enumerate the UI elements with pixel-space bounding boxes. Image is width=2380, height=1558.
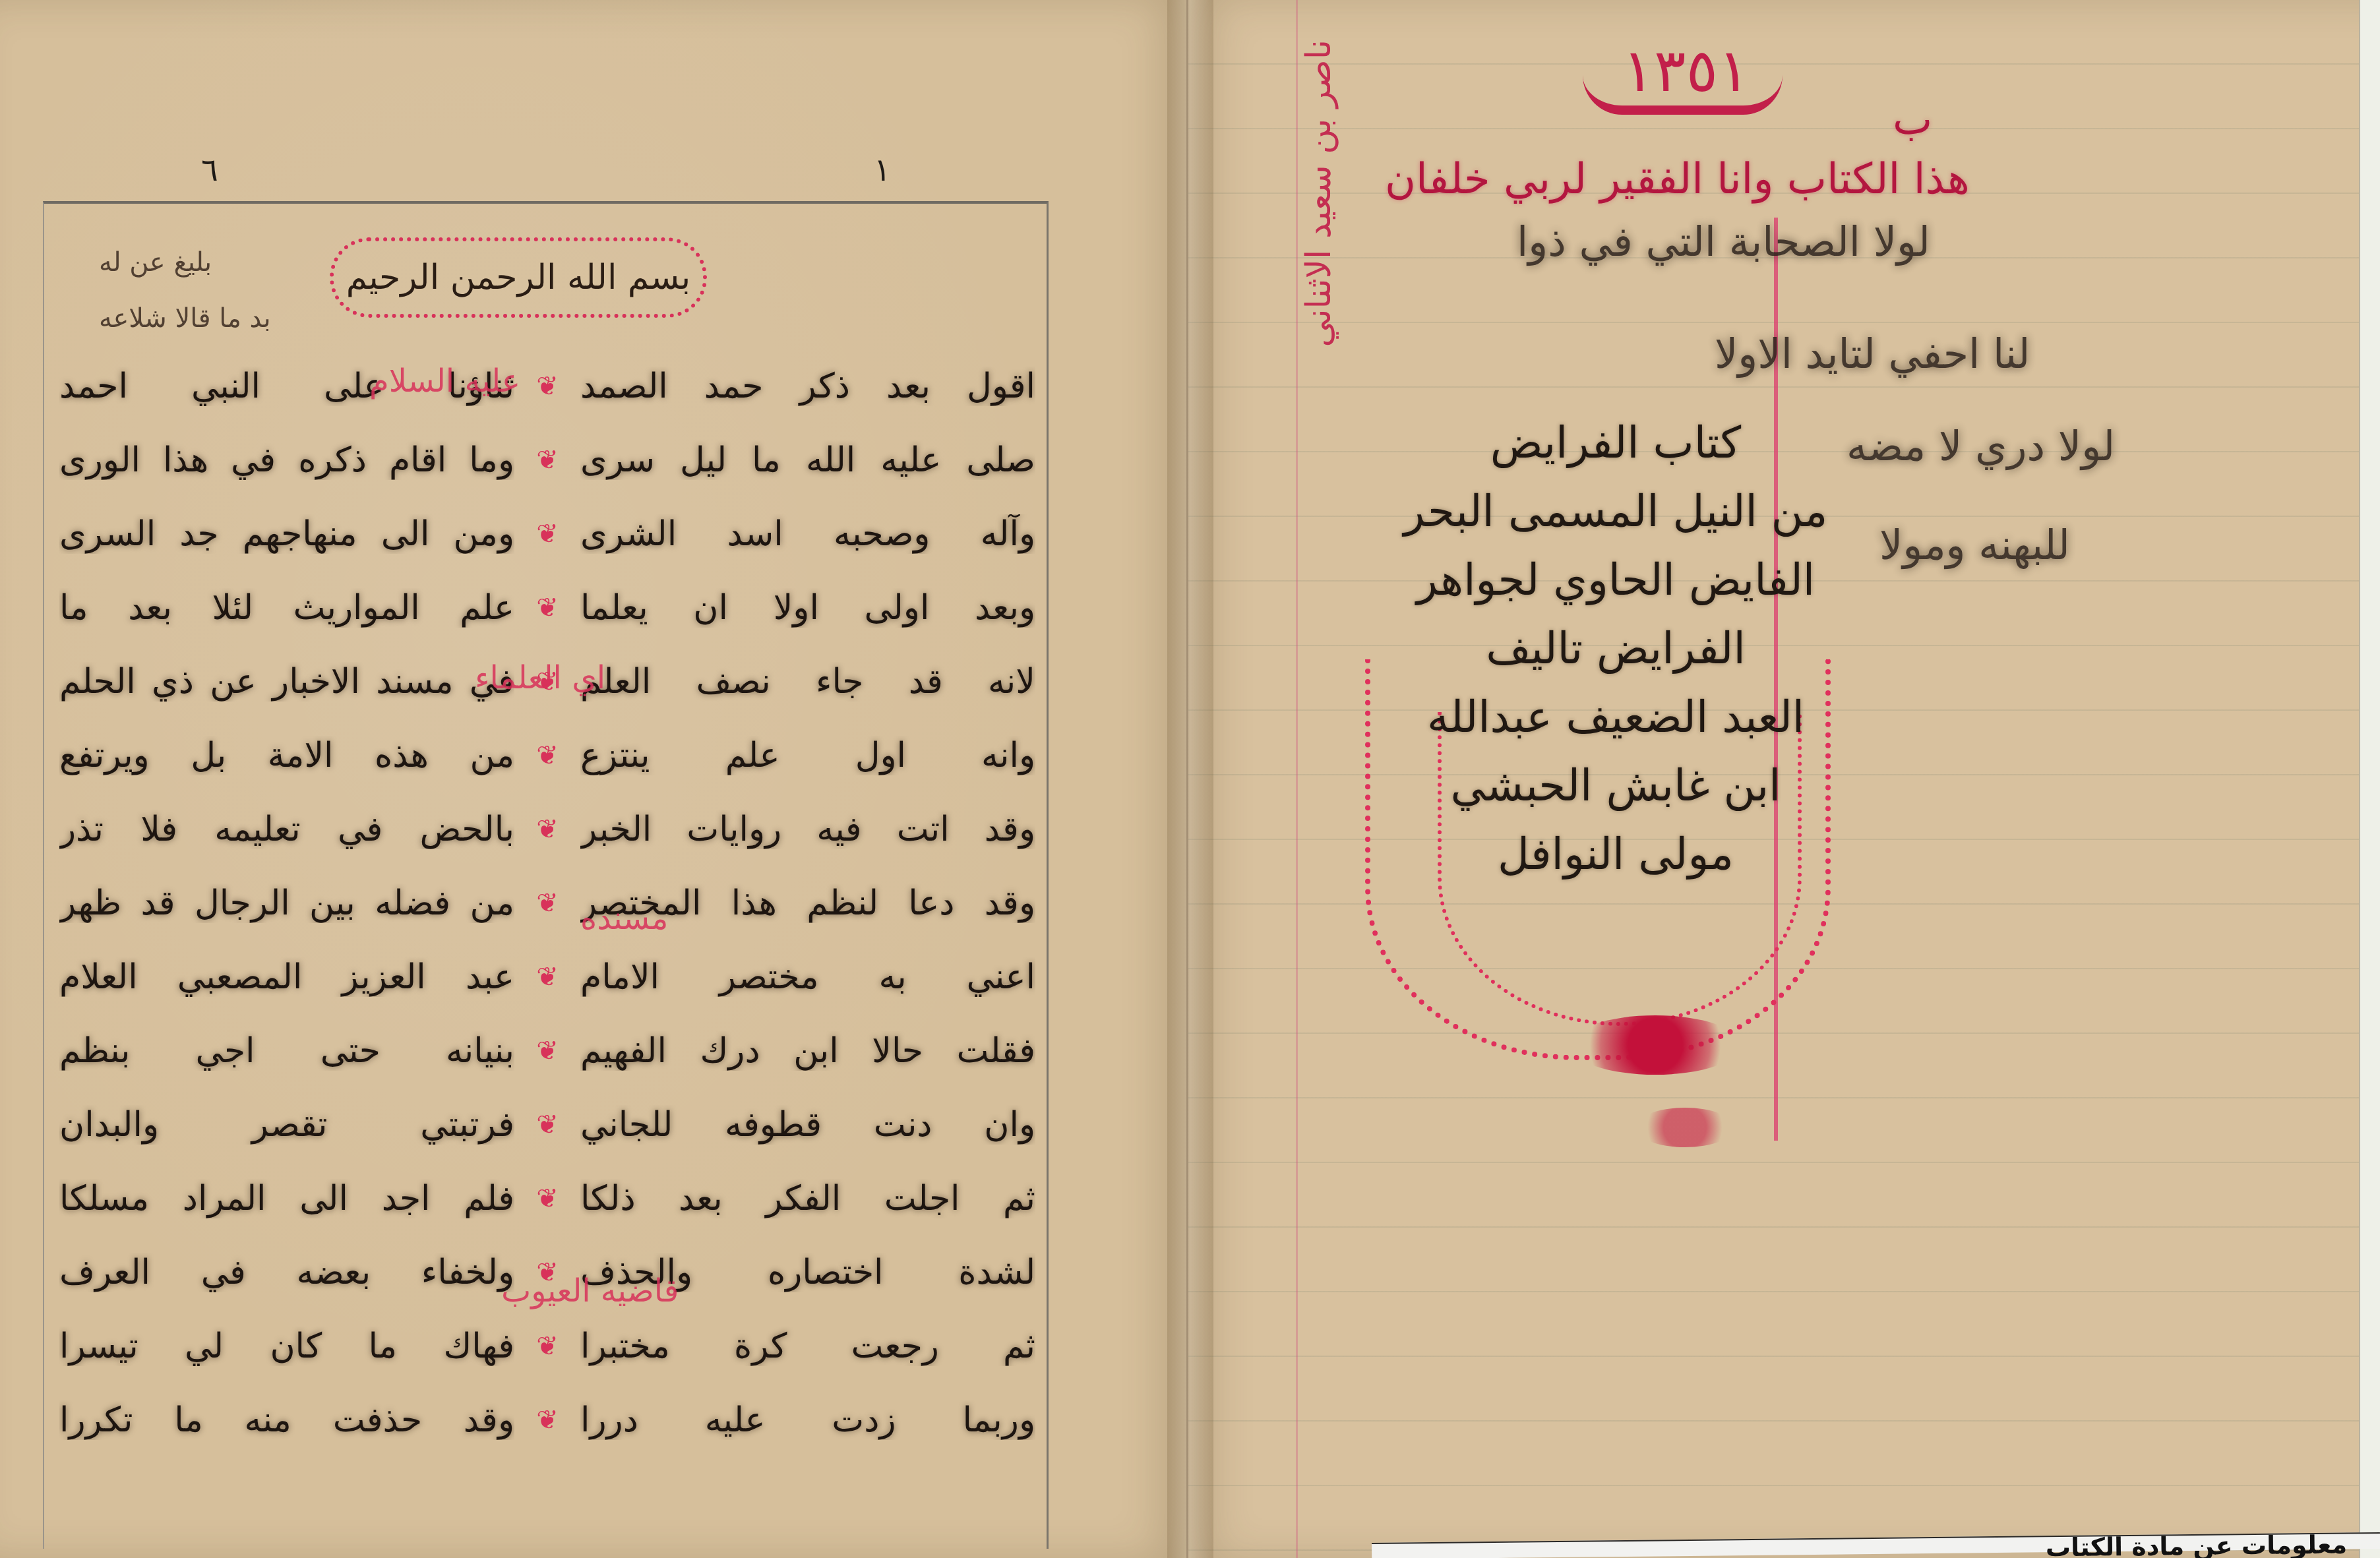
verse-separator-icon: ❦ xyxy=(514,1110,580,1140)
verse-separator-icon: ❦ xyxy=(514,814,580,845)
hemistich-right: لانه قد جاء نصف العلم xyxy=(580,662,1035,702)
red-gloss: عليه السلام xyxy=(369,363,520,400)
verse-separator-icon: ❦ xyxy=(514,371,580,402)
red-ink-ornament xyxy=(1635,1108,1734,1147)
page-number: ٦ xyxy=(201,152,218,189)
title-line: كتاب الفرايض xyxy=(1352,409,1879,477)
verse-separator-icon: ❦ xyxy=(514,1183,580,1214)
hemistich-left: بنيانه حتى اجي بنظم xyxy=(59,1031,514,1071)
verse-row: اقول بعد ذكر حمد الصمد❦ثناؤنا على النبي … xyxy=(59,349,1035,423)
hemistich-right: ثم اجلت الفكر بعد ذلكا xyxy=(580,1179,1035,1218)
verse-row: وربما زدت عليه دررا❦وقد حذفت منه ما تكرر… xyxy=(59,1383,1035,1457)
verse-separator-icon: ❦ xyxy=(514,519,580,549)
verse-row: وبعد اولى اولا ان يعلما❦علم المواريث لئل… xyxy=(59,571,1035,645)
side-ownership-note: ناصر بن سعيد الاثناني xyxy=(1299,40,1398,347)
ownership-note: هذا الكتاب وانا الفقير لربي خلفان xyxy=(1385,155,1970,204)
shelfmark-prefix: ب xyxy=(1893,96,1932,144)
verse-row: وانه اول علم ينتزع❦من هذه الامة بل ويرتف… xyxy=(59,719,1035,793)
hemistich-left: بالحض في تعليمه فلا تذر xyxy=(59,810,514,849)
verse-row: وآله وصحبه اسد الشرى❦ومن الى منهاجهم جد … xyxy=(59,497,1035,571)
hemistich-left: وما اقام ذكره في هذا الورى xyxy=(59,440,514,480)
title-line: ابن غابش الحبشي xyxy=(1352,752,1879,820)
hemistich-left: ومن الى منهاجهم جد السرى xyxy=(59,514,514,554)
title-line: الفايض الحاوي لجواهر xyxy=(1352,546,1879,614)
shelfmark-number: ١٣٥١ xyxy=(1583,36,1783,115)
hemistich-left: وقد حذفت منه ما تكررا xyxy=(59,1400,514,1440)
bleedthrough-text: لولا الصحابة التي في ذوا xyxy=(1517,218,1930,266)
verse-row: وقد دعا لنظم هذا المختصر❦من فضله بين الر… xyxy=(59,866,1035,940)
red-gloss: قاضيه العيوب xyxy=(501,1273,679,1309)
catalog-label-text: معلومات عن مادة الكتاب xyxy=(2046,1530,2348,1558)
hemistich-right: وربما زدت عليه دررا xyxy=(580,1400,1035,1440)
verse-row: فقلت حالا ابن درك الفهيم❦بنيانه حتى اجي … xyxy=(59,1014,1035,1088)
margin-note: بليغ عن له xyxy=(99,247,212,278)
hemistich-left: علم المواريث لئلا بعد ما xyxy=(59,588,514,628)
hemistich-right: وبعد اولى اولا ان يعلما xyxy=(580,588,1035,628)
verse-row: صلى عليه الله ما ليل سرى❦وما اقام ذكره ف… xyxy=(59,423,1035,497)
bleedthrough-text: لنا احفي لتايد الاولا xyxy=(1715,330,2030,378)
basmala-cartouche: بسم الله الرحمن الرحيم xyxy=(330,237,707,318)
title-line: من النيل المسمى البحر xyxy=(1352,477,1879,546)
title-line: مولى النوافل xyxy=(1352,820,1879,889)
hemistich-left: عبد العزيز المصعبي العلام xyxy=(59,957,514,997)
hemistich-left: من فضله بين الرجال قد ظهر xyxy=(59,884,514,923)
page-edge xyxy=(1296,0,1298,1558)
hemistich-right: فقلت حالا ابن درك الفهيم xyxy=(580,1031,1035,1071)
verse-separator-icon: ❦ xyxy=(514,593,580,623)
hemistich-right: وانه اول علم ينتزع xyxy=(580,736,1035,775)
hemistich-right: صلى عليه الله ما ليل سرى xyxy=(580,440,1035,480)
verse-separator-icon: ❦ xyxy=(514,888,580,918)
verse-row: وان دنت قطوفه للجاني❦فرتبتي تقصر والبدان xyxy=(59,1088,1035,1162)
page-edge-strip xyxy=(2359,0,2380,1558)
hemistich-left: في مسند الاخبار عن ذي الحلم xyxy=(59,662,514,702)
hemistich-right: اقول بعد ذكر حمد الصمد xyxy=(580,367,1035,406)
verse-separator-icon: ❦ xyxy=(514,1331,580,1362)
verse-separator-icon: ❦ xyxy=(514,740,580,771)
verse-row: ثم رجعت كرة مختبرا❦فهاك ما كان لي تيسرا xyxy=(59,1309,1035,1383)
hemistich-right: وقد اتت فيه روايات الخبر xyxy=(580,810,1035,849)
bleedthrough-text: للبهنه ومولا xyxy=(1879,521,2070,569)
verse-row: وقد اتت فيه روايات الخبر❦بالحض في تعليمه… xyxy=(59,793,1035,866)
verse-separator-icon: ❦ xyxy=(514,1405,580,1435)
hemistich-right: وآله وصحبه اسد الشرى xyxy=(580,514,1035,554)
verse-separator-icon: ❦ xyxy=(514,445,580,475)
hemistich-left: من هذه الامة بل ويرتفع xyxy=(59,736,514,775)
hemistich-left: فهاك ما كان لي تيسرا xyxy=(59,1327,514,1366)
page-number: ١ xyxy=(874,152,891,189)
red-ink-ornament xyxy=(1570,1015,1741,1075)
title-line: العبد الضعيف عبدالله xyxy=(1352,683,1879,752)
title-line: الفرايض تاليف xyxy=(1352,614,1879,683)
title-block: كتاب الفرايض من النيل المسمى البحر الفاي… xyxy=(1352,409,1879,889)
hemistich-left: ولخفاء بعضه في العرف xyxy=(59,1253,514,1292)
verse-separator-icon: ❦ xyxy=(514,1036,580,1066)
hemistich-left: فلم اجد الى المراد مسلكا xyxy=(59,1179,514,1218)
hemistich-right: اعني به مختصر الامام xyxy=(580,957,1035,997)
red-gloss: اي العلماء xyxy=(475,659,605,696)
verse-row: ثم اجلت الفكر بعد ذلكا❦فلم اجد الى المرا… xyxy=(59,1162,1035,1236)
red-gloss: مسنده xyxy=(580,900,668,937)
verse-row: اعني به مختصر الامام❦عبد العزيز المصعبي … xyxy=(59,940,1035,1014)
margin-note: بد ما قالا شلاعه xyxy=(99,303,271,334)
hemistich-left: فرتبتي تقصر والبدان xyxy=(59,1105,514,1145)
hemistich-right: ثم رجعت كرة مختبرا xyxy=(580,1327,1035,1366)
hemistich-right: وان دنت قطوفه للجاني xyxy=(580,1105,1035,1145)
bleedthrough-text: لولا دري لا مضه xyxy=(1846,422,2115,470)
book-gutter xyxy=(1167,0,1213,1558)
verse-separator-icon: ❦ xyxy=(514,962,580,992)
